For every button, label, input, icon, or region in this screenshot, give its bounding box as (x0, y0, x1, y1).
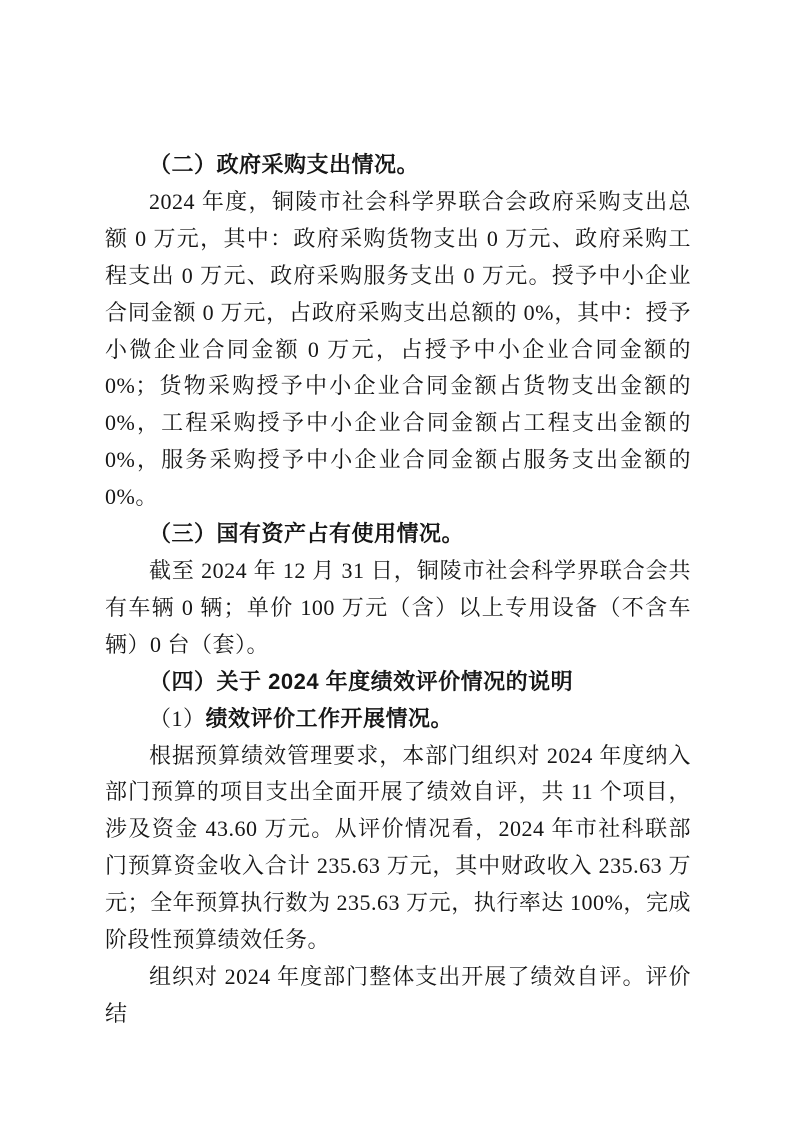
document-content: （二）政府采购支出情况。 2024 年度，铜陵市社会科学界联合会政府采购支出总额… (105, 147, 691, 1033)
document-page: （二）政府采购支出情况。 2024 年度，铜陵市社会科学界联合会政府采购支出总额… (0, 0, 793, 1122)
paragraph-state-assets-details: 截至 2024 年 12 月 31 日，铜陵市社会科学界联合会共有车辆 0 辆；… (105, 553, 691, 664)
subsection-number: （1） (149, 706, 206, 731)
section-heading-performance-evaluation: （四）关于 2024 年度绩效评价情况的说明 (105, 664, 691, 701)
paragraph-procurement-details: 2024 年度，铜陵市社会科学界联合会政府采购支出总额 0 万元，其中：政府采购… (105, 184, 691, 516)
subsection-heading-evaluation-work: （1）绩效评价工作开展情况。 (105, 701, 691, 738)
paragraph-evaluation-details: 根据预算绩效管理要求，本部门组织对 2024 年度纳入部门预算的项目支出全面开展… (105, 738, 691, 959)
section-heading-state-assets: （三）国有资产占有使用情况。 (105, 516, 691, 553)
section-heading-procurement: （二）政府采购支出情况。 (105, 147, 691, 184)
subsection-title: 绩效评价工作开展情况。 (206, 706, 454, 731)
paragraph-overall-self-evaluation: 组织对 2024 年度部门整体支出开展了绩效自评。评价结 (105, 959, 691, 1033)
